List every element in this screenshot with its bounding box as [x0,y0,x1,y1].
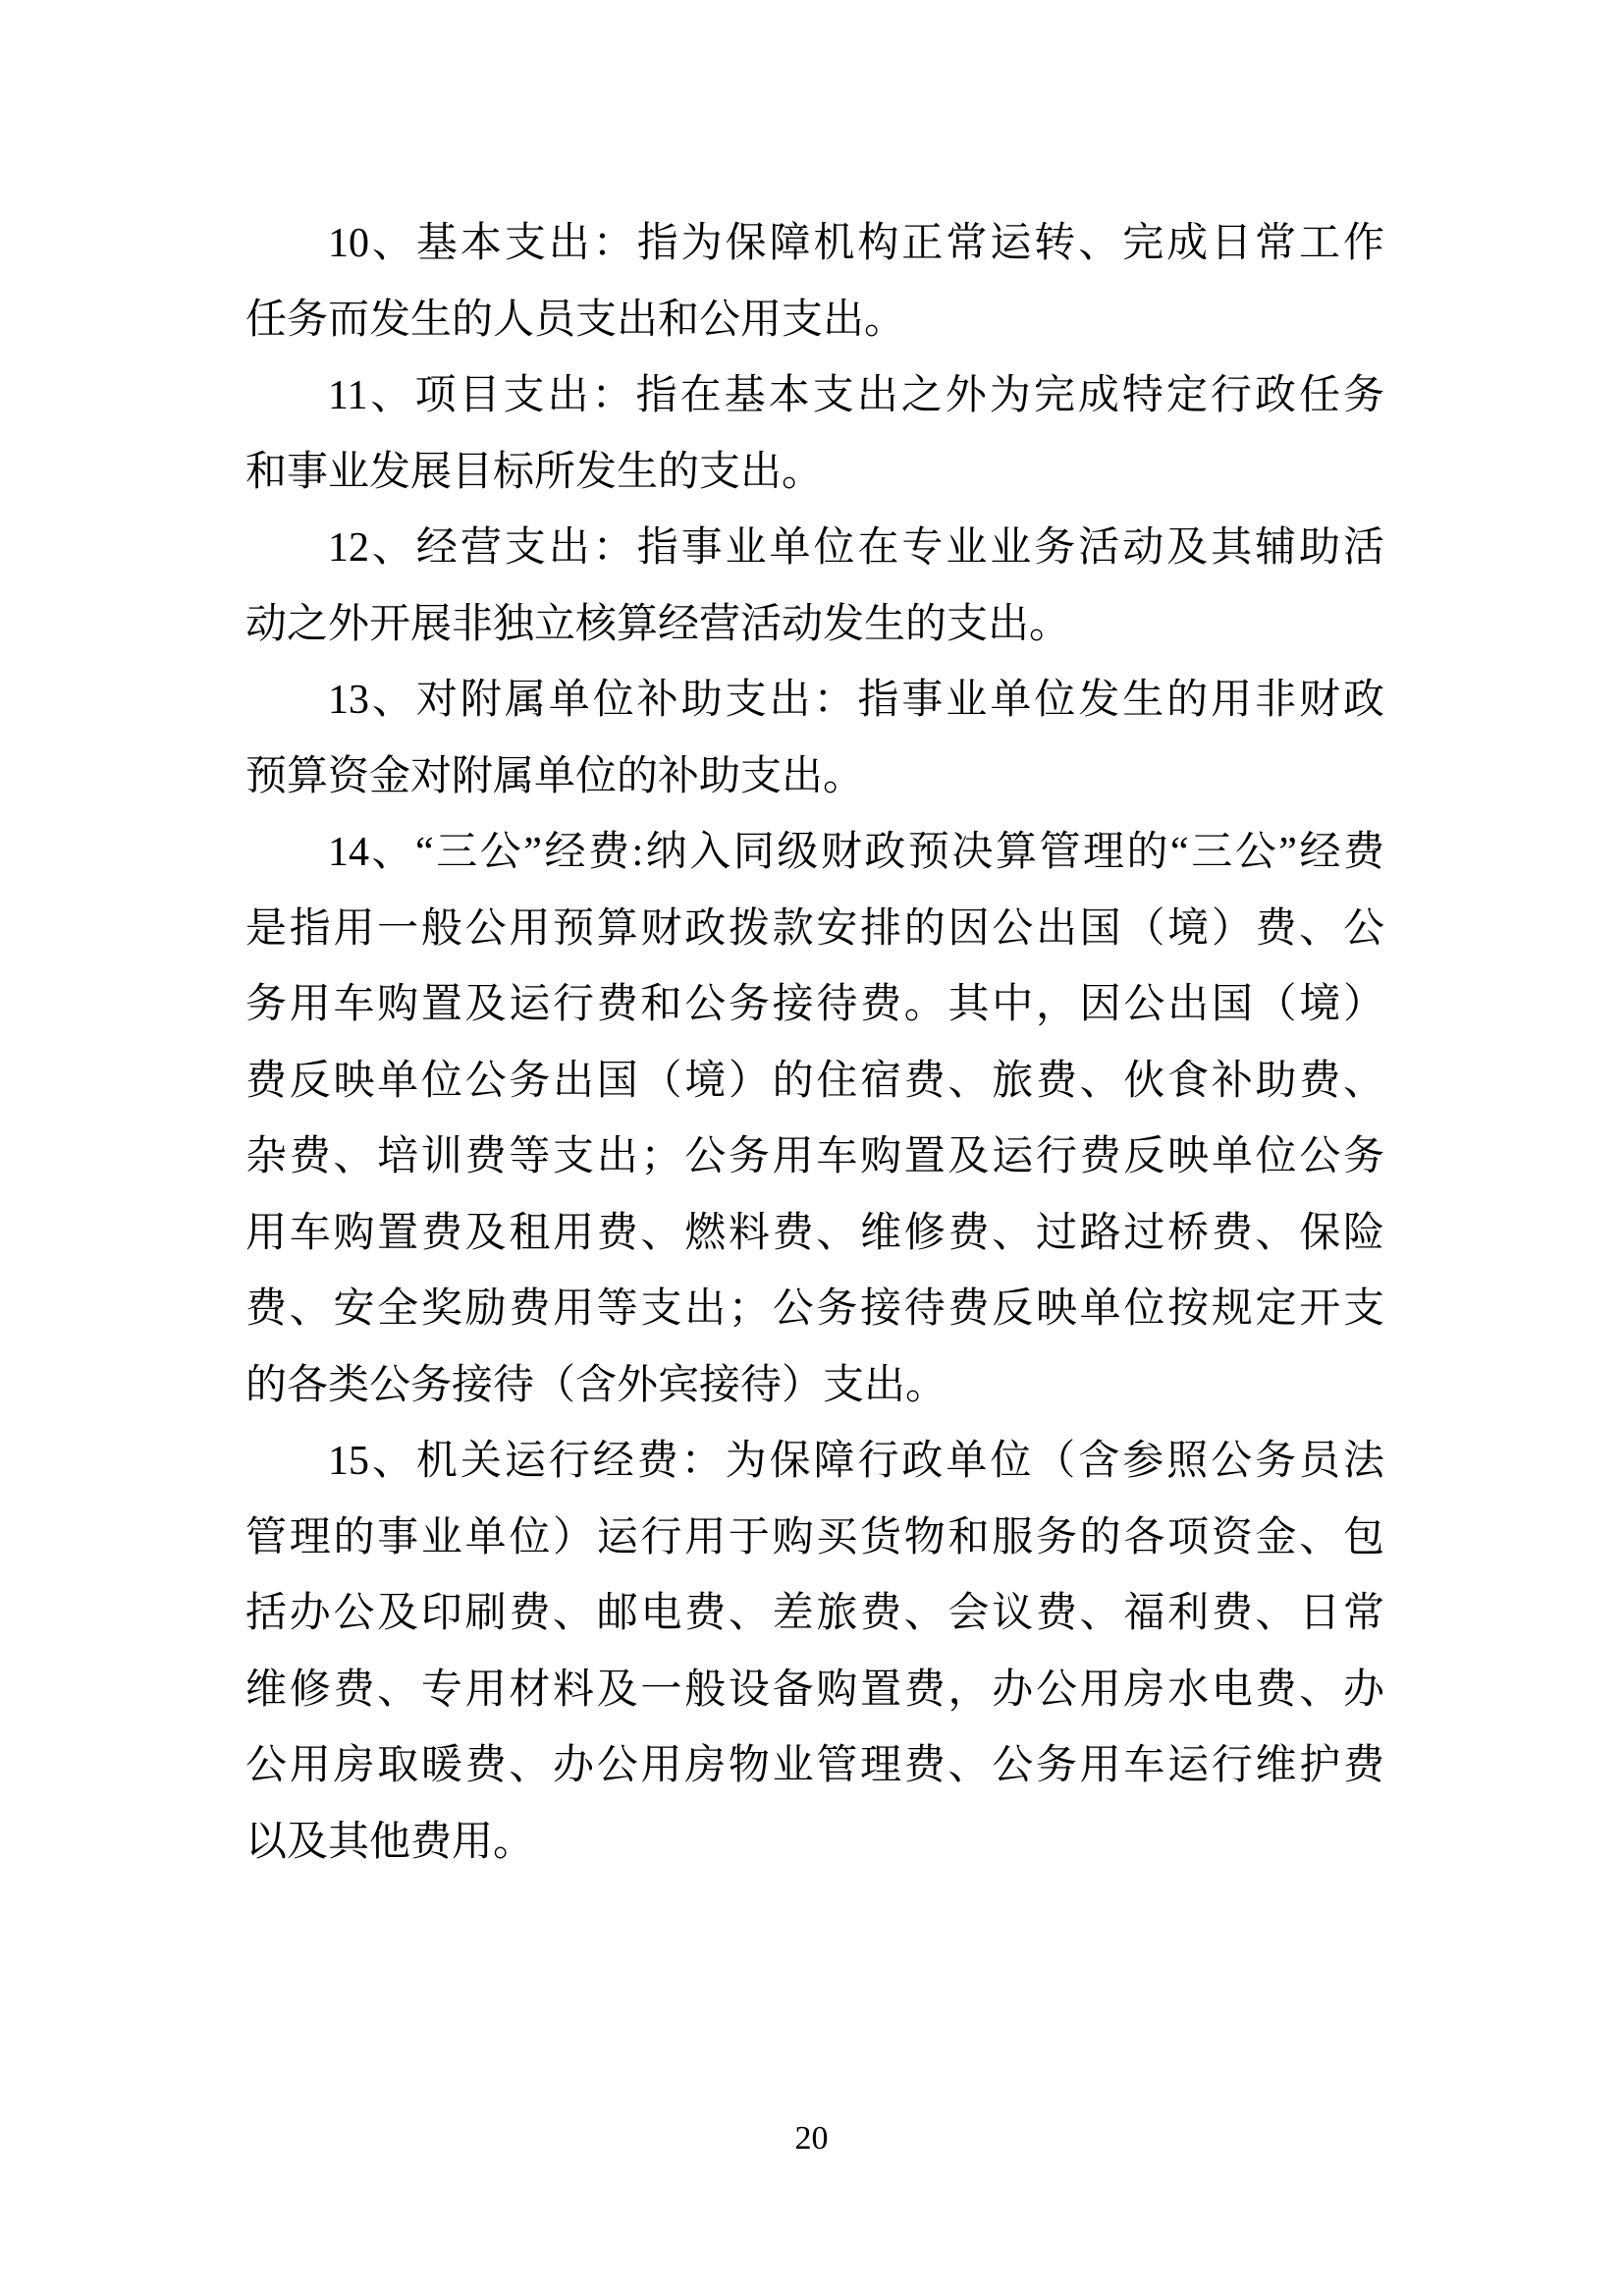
text-line: 的各类公务接待（含外宾接待）支出。 [245,1348,1384,1425]
text-line: 费、安全奖励费用等支出；公务接待费反映单位按规定开支 [245,1272,1384,1348]
document-page: 10、基本支出：指为保障机构正常运转、完成日常工作任务而发生的人员支出和公用支出… [0,0,1623,2296]
text-line: 以及其他费用。 [245,1805,1384,1882]
text-line: 是指用一般公用预算财政拨款安排的因公出国（境）费、公 [245,892,1384,968]
text-line: 费反映单位公务出国（境）的住宿费、旅费、伙食补助费、 [245,1044,1384,1121]
text-line: 公用房取暖费、办公用房物业管理费、公务用车运行维护费 [245,1728,1384,1805]
text-line: 13、对附属单位补助支出：指事业单位发生的用非财政 [245,663,1384,739]
text-line: 和事业发展目标所发生的支出。 [245,435,1384,512]
text-line: 11、项目支出：指在基本支出之外为完成特定行政任务 [245,358,1384,435]
text-line: 杂费、培训费等支出；公务用车购置及运行费反映单位公务 [245,1120,1384,1196]
text-line: 任务而发生的人员支出和公用支出。 [245,283,1384,359]
page-number: 20 [0,2117,1623,2160]
text-line: 动之外开展非独立核算经营活动发生的支出。 [245,587,1384,664]
text-line: 12、经营支出：指事业单位在专业业务活动及其辅助活 [245,511,1384,587]
text-line: 14、“三公”经费:纳入同级财政预决算管理的“三公”经费 [245,815,1384,892]
text-line: 务用车购置及运行费和公务接待费。其中，因公出国（境） [245,967,1384,1044]
document-body: 10、基本支出：指为保障机构正常运转、完成日常工作任务而发生的人员支出和公用支出… [245,206,1384,1881]
text-line: 预算资金对附属单位的补助支出。 [245,739,1384,816]
text-line: 10、基本支出：指为保障机构正常运转、完成日常工作 [245,206,1384,283]
text-line: 管理的事业单位）运行用于购买货物和服务的各项资金、包 [245,1501,1384,1577]
text-line: 括办公及印刷费、邮电费、差旅费、会议费、福利费、日常 [245,1576,1384,1653]
text-line: 用车购置费及租用费、燃料费、维修费、过路过桥费、保险 [245,1196,1384,1273]
text-line: 维修费、专用材料及一般设备购置费，办公用房水电费、办 [245,1653,1384,1729]
text-line: 15、机关运行经费：为保障行政单位（含参照公务员法 [245,1424,1384,1501]
